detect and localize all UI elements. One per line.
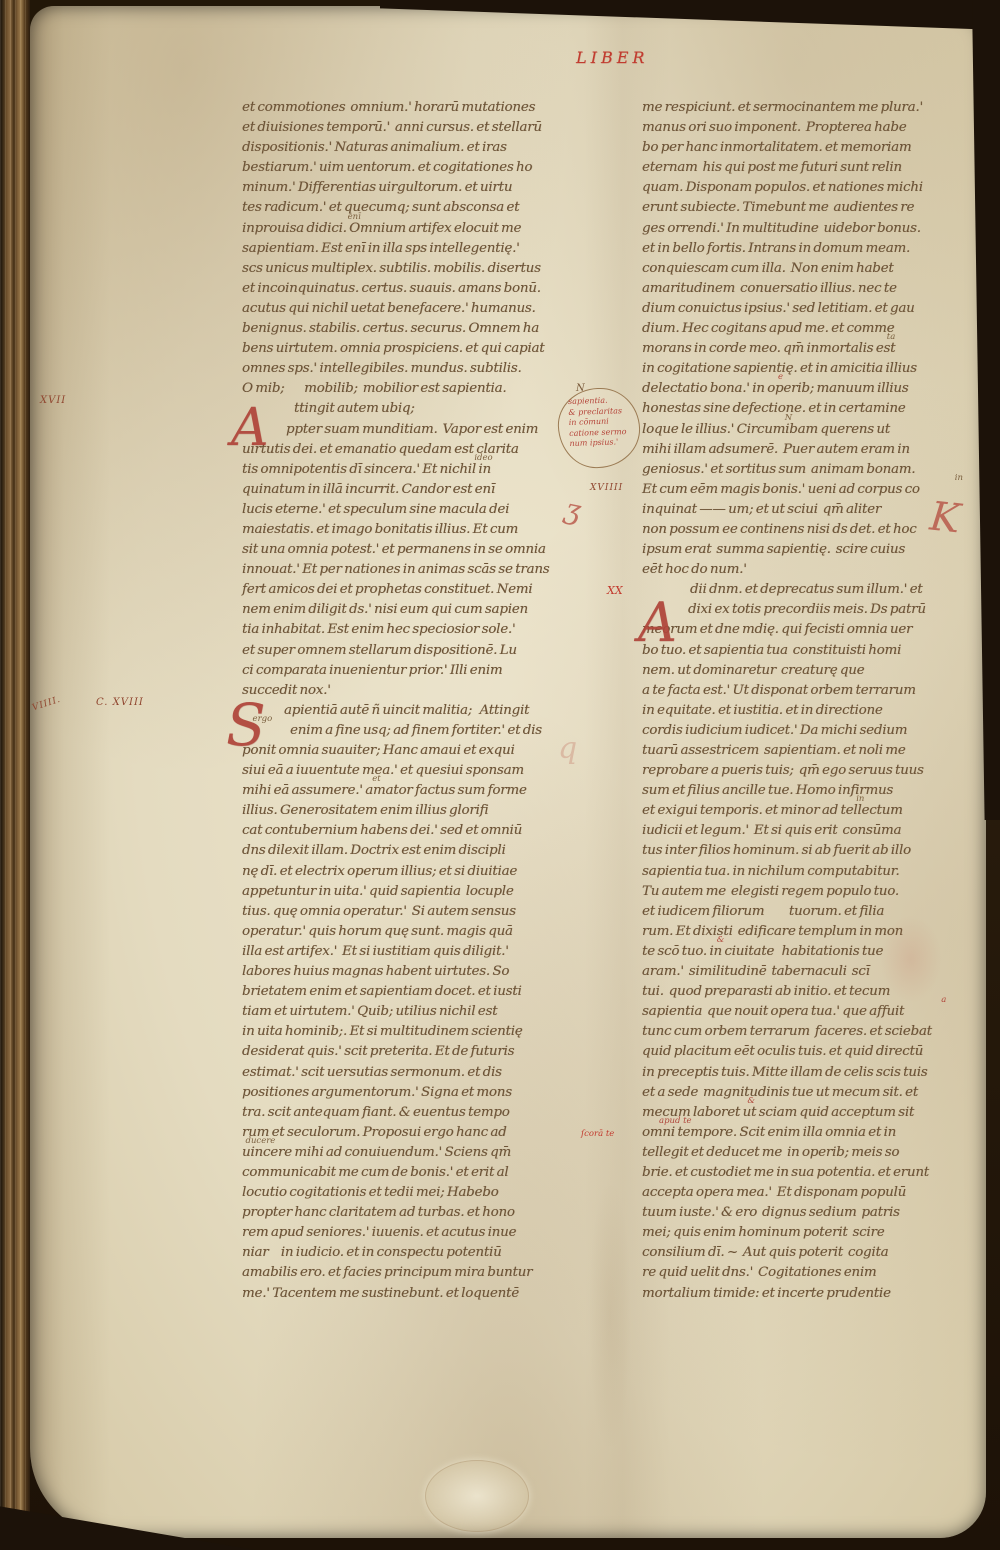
marginal-note: C. XVIII <box>96 698 144 708</box>
manuscript-line: rem apud seniores.' iuuenis. et acutus i… <box>242 1223 594 1243</box>
manuscript-line: mihi eā assumere.' amator factus sum for… <box>242 781 594 801</box>
manuscript-line: tuarū assestricem sapientiam. et noli me <box>642 741 982 761</box>
manuscript-line: conquiescam cum illa. Non enim habet <box>642 259 982 279</box>
manuscript-line-text: appetuntur in uita.' quid sapientia locu… <box>242 884 514 899</box>
manuscript-line: positiones argumentorum.' Signa et mons <box>242 1083 594 1103</box>
manuscript-line: bestiarum.' uim uentorum. et cogitatione… <box>242 158 594 178</box>
marginal-note: XVIIII <box>590 484 623 493</box>
manuscript-line-text: et diuisiones temporū.' anni cursus. et … <box>242 120 542 135</box>
manuscript-line-text: locutio cogitationis et tedii mei; Habeb… <box>242 1185 499 1200</box>
manuscript-line-text: dium conuictus ipsius.' sed letitiam. et… <box>642 301 915 316</box>
manuscript-line-text: et incoinquinatus. certus. suauis. amans… <box>242 281 541 296</box>
manuscript-line-text: in uita hominib;. Et si multitudinem sci… <box>242 1024 523 1039</box>
manuscript-line: tus inter filios hominum. si ab fuerit a… <box>642 841 982 861</box>
manuscript-line: Tu autem me elegisti regem populo tuo. <box>642 882 982 902</box>
manuscript-line-text: illa est artifex.' Et si iustitiam quis … <box>242 944 509 959</box>
text-column-right: me respiciunt. et sermocinantem me plura… <box>642 98 982 1304</box>
interlinear-gloss: ideo <box>474 454 492 462</box>
manuscript-line: communicabit me cum de bonis.' et erit a… <box>242 1163 594 1183</box>
manuscript-line: aram.' similitudinē tabernaculi scī <box>642 962 982 982</box>
marginal-note: XX <box>607 585 623 596</box>
manuscript-line: tunc cum orbem terrarum faceres. et scie… <box>642 1022 982 1042</box>
manuscript-line-text: quinatum in illā incurrit. Candor est en… <box>242 482 495 497</box>
manuscript-line: bens uirtutem. omnia prospiciens. et qui… <box>242 339 594 359</box>
interlinear-gloss: & <box>717 936 725 944</box>
manuscript-line-text: inquinat —— um; et ut sciui qm̄ aliter <box>642 502 881 517</box>
manuscript-line-text: bo per hanc inmortalitatem. et memoriam <box>642 140 911 155</box>
manuscript-line: loque le illius.' Circumibam querens utN <box>642 420 982 440</box>
manuscript-line: in preceptis tuis. Mitte illam de celis … <box>642 1063 982 1083</box>
manuscript-line-text: uincere mihi ad conuiuendum.' Sciens qm̄ <box>242 1145 511 1160</box>
manuscript-line: ci comparata inuenientur prior.' Illi en… <box>242 661 594 681</box>
manuscript-photo: { "page": { "header": "LIBER", "colors":… <box>0 0 1000 1550</box>
manuscript-line: tiam et uirtutem.' Quib; utilius nichil … <box>242 1002 594 1022</box>
manuscript-line-text: eternam his qui post me futuri sunt reli… <box>642 160 902 175</box>
manuscript-line-text: delectatio bona.' in operib; manuum illi… <box>642 381 908 396</box>
manuscript-line: lucis eterne.' et speculum sine macula d… <box>242 500 594 520</box>
manuscript-line: tellegit et deducet me in operib; meis s… <box>642 1143 982 1163</box>
manuscript-line: et iudicem filiorum tuorum. et filia <box>642 902 982 922</box>
manuscript-line: acutus qui nichil uetat benefacere.' hum… <box>242 299 594 319</box>
manuscript-line-text: bestiarum.' uim uentorum. et cogitatione… <box>242 160 532 175</box>
manuscript-line: Et cum eēm magis bonis.' ueni ad corpus … <box>642 480 982 500</box>
manuscript-line: erunt subiecte. Timebunt me audientes re <box>642 198 982 218</box>
marginal-note: q <box>558 734 577 764</box>
manuscript-line-text: in equitate. et iustitia. et in directio… <box>642 703 883 718</box>
manuscript-line-text: cat contubernium habens dei.' sed et omn… <box>242 823 522 838</box>
manuscript-line-text: positiones argumentorum.' Signa et mons <box>242 1085 512 1100</box>
manuscript-line-text: minum.' Differentias uirgultorum. et uir… <box>242 180 512 195</box>
manuscript-line-text: nem. ut dominaretur creaturę que <box>642 663 864 678</box>
manuscript-line-text: amabilis ero. et facies principum mira b… <box>242 1265 532 1280</box>
manuscript-line: tis omnipotentis dī sincera.' Et nichil … <box>242 460 594 480</box>
manuscript-line: benignus. stabilis. certus. securus. Omn… <box>242 319 594 339</box>
manuscript-line-text: O mib; mobilib; mobilior est sapientia. <box>242 381 506 396</box>
manuscript-line-text: iudicii et legum.' Et si quis erit consū… <box>642 823 901 838</box>
manuscript-line: meorum et dne mdię. qui fecisti omnia ue… <box>642 620 982 640</box>
manuscript-line-text: tuarū assestricem sapientiam. et noli me <box>642 743 906 758</box>
manuscript-line-text: dium. Hec cogitans apud me. et comme <box>642 321 894 336</box>
manuscript-line-text: sapientia que nouit opera tua.' que affu… <box>642 1004 904 1019</box>
manuscript-line-text: geniosus.' et sortitus sum animam bonam. <box>642 462 915 477</box>
manuscript-line: iudicii et legum.' Et si quis erit consū… <box>642 821 982 841</box>
manuscript-line-text: sapientiam. Est enī in illa sps intelleg… <box>242 241 520 256</box>
manuscript-line-text: conquiescam cum illa. Non enim habet <box>642 261 894 276</box>
manuscript-line: accepta opera mea.' Et disponam populū <box>642 1183 982 1203</box>
manuscript-line: eēt hoc do num.' <box>642 560 982 580</box>
manuscript-line-text: dispositionis.' Naturas animalium. et ir… <box>242 140 507 155</box>
manuscript-line-text: niar in iudicio. et in conspectu potenti… <box>242 1245 502 1260</box>
parchment-page: LIBER et commotiones omnium.' horarū mut… <box>30 6 986 1538</box>
manuscript-line: illius. Generositatem enim illius glorif… <box>242 801 594 821</box>
manuscript-line: enim a fine usq; ad finem fortiter.' et … <box>242 721 594 741</box>
manuscript-line-text: mihi eā assumere.' amator factus sum for… <box>242 783 527 798</box>
manuscript-line: scs unicus multiplex. subtilis. mobilis.… <box>242 259 594 279</box>
manuscript-line-text: apientiā autē ñ uincit malitia; Attingit <box>284 703 529 718</box>
manuscript-line: O mib; mobilib; mobilior est sapientia. <box>242 379 594 399</box>
manuscript-line: ttingit autem ubiq; <box>242 399 594 419</box>
manuscript-line: geniosus.' et sortitus sum animam bonam. <box>642 460 982 480</box>
manuscript-line: sapientiam. Est enī in illa sps intelleg… <box>242 239 594 259</box>
manuscript-line-text: tis omnipotentis dī sincera.' Et nichil … <box>242 462 491 477</box>
manuscript-line: locutio cogitationis et tedii mei; Habeb… <box>242 1183 594 1203</box>
manuscript-line: mecum laboret ut sciam quid acceptum sit… <box>642 1103 982 1123</box>
manuscript-line-text: et a sede magnitudinis tue ut mecum sit.… <box>642 1085 918 1100</box>
manuscript-line-text: tuum iuste.' & ero dignus sedium patris <box>642 1205 900 1220</box>
manuscript-line-text: desiderat quis.' scit preterita. Et de f… <box>242 1044 514 1059</box>
manuscript-line-text: bo tuo. et sapientia tua constituisti ho… <box>642 643 901 658</box>
manuscript-line: niar in iudicio. et in conspectu potenti… <box>242 1243 594 1263</box>
manuscript-line: sapientia tua. in nichilum computabitur. <box>642 862 982 882</box>
interlinear-gloss: in <box>955 474 963 482</box>
manuscript-line-text: propter hanc claritatem ad turbas. et ho… <box>242 1205 515 1220</box>
manuscript-line-text: manus ori suo imponent. Propterea habe <box>642 120 906 135</box>
manuscript-line-text: innouat.' Et per nationes in animas scās… <box>242 562 549 577</box>
manuscript-line: brietatem enim et sapientiam docet. et i… <box>242 982 594 1002</box>
manuscript-line-text: rum. Et dixisti edificare templum in mon <box>642 924 903 939</box>
manuscript-line: uirtutis dei. et emanatio quedam est cla… <box>242 440 594 460</box>
manuscript-line-text: benignus. stabilis. certus. securus. Omn… <box>242 321 539 336</box>
manuscript-line: sapientia que nouit opera tua.' que affu… <box>642 1002 982 1022</box>
interlinear-gloss: apud te <box>659 1117 692 1125</box>
manuscript-line: reprobare a pueris tuis; qm̄ ego seruus … <box>642 761 982 781</box>
manuscript-line-text: accepta opera mea.' Et disponam populū <box>642 1185 906 1200</box>
manuscript-line: in equitate. et iustitia. et in directio… <box>642 701 982 721</box>
manuscript-line-text: maiestatis. et imago bonitatis illius. E… <box>242 522 518 537</box>
manuscript-line: ipsum erat summa sapientię. scire cuius <box>642 540 982 560</box>
manuscript-line-text: sit una omnia potest.' et permanens in s… <box>242 542 546 557</box>
manuscript-line-text: fert amicos dei et prophetas constituet.… <box>242 582 532 597</box>
manuscript-line-text: omnes sps.' intellegibiles. mundus. subt… <box>242 361 522 376</box>
manuscript-line-text: me.' Tacentem me sustinebunt. et loquent… <box>242 1286 519 1301</box>
manuscript-line-text: brie. et custodiet me in sua potentia. e… <box>642 1165 929 1180</box>
manuscript-line: tius. quę omnia operatur.' Si autem sens… <box>242 902 594 922</box>
manuscript-line-text: estimat.' scit uersutias sermonum. et di… <box>242 1065 502 1080</box>
manuscript-line: honestas sine defectione. et in certamin… <box>642 399 982 419</box>
manuscript-line: et in bello fortis. Intrans in domum mea… <box>642 239 982 259</box>
parchment-stain <box>590 1186 630 1446</box>
manuscript-line: dixi ex totis precordiis meis. Ds patrū <box>642 600 982 620</box>
manuscript-line: tuum iuste.' & ero dignus sedium patris <box>642 1203 982 1223</box>
manuscript-line-text: aram.' similitudinē tabernaculi scī <box>642 964 870 979</box>
manuscript-line: mei; quis enim hominum poterit scire <box>642 1223 982 1243</box>
manuscript-line-text: illius. Generositatem enim illius glorif… <box>242 803 488 818</box>
manuscript-line-text: loque le illius.' Circumibam querens ut <box>642 422 890 437</box>
manuscript-line: estimat.' scit uersutias sermonum. et di… <box>242 1063 594 1083</box>
marginal-note: K <box>928 497 962 540</box>
manuscript-line: me respiciunt. et sermocinantem me plura… <box>642 98 982 118</box>
manuscript-line: in uita hominib;. Et si multitudinem sci… <box>242 1022 594 1042</box>
manuscript-line: et exigui temporis. et minor ad tellectu… <box>642 801 982 821</box>
manuscript-line-text: tius. quę omnia operatur.' Si autem sens… <box>242 904 516 919</box>
manuscript-line: maiestatis. et imago bonitatis illius. E… <box>242 520 594 540</box>
book-binding-edge <box>0 0 30 1550</box>
manuscript-line: a te facta est.' Ut disponat orbem terra… <box>642 681 982 701</box>
marginal-note: VIIII. <box>31 696 62 714</box>
manuscript-line: propter hanc claritatem ad turbas. et ho… <box>242 1203 594 1223</box>
manuscript-line: rum et seculorum. Proposui ergo hanc ad <box>242 1123 594 1143</box>
manuscript-line: et incoinquinatus. certus. suauis. amans… <box>242 279 594 299</box>
manuscript-line-text: ges orrendi.' In multitudine uidebor bon… <box>642 221 921 236</box>
manuscript-line-text: mihi illam adsumerē. Puer autem eram in <box>642 442 910 457</box>
manuscript-line-text: acutus qui nichil uetat benefacere.' hum… <box>242 301 536 316</box>
manuscript-line: amaritudinem conuersatio illius. nec te <box>642 279 982 299</box>
running-title: LIBER <box>576 50 648 66</box>
manuscript-line-text: quam. Disponam populos. et nationes mich… <box>642 180 923 195</box>
manuscript-line-text: tia inhabitat. Est enim hec speciosior s… <box>242 622 515 637</box>
manuscript-line-text: et in bello fortis. Intrans in domum mea… <box>642 241 910 256</box>
manuscript-line-text: inprouisa didici. Omnium artifex elocuit… <box>242 221 521 236</box>
manuscript-line: nem. ut dominaretur creaturę que <box>642 661 982 681</box>
manuscript-line: dii dnm. et deprecatus sum illum.' et <box>642 580 982 600</box>
manuscript-line: quam. Disponam populos. et nationes mich… <box>642 178 982 198</box>
manuscript-line-text: morans in corde meo. qm̄ inmortalis est <box>642 341 895 356</box>
manuscript-line-text: tes radicum.' et quecumq; sunt absconsa … <box>242 200 519 215</box>
interlinear-gloss: & <box>747 1097 755 1105</box>
manuscript-line-text: dii dnm. et deprecatus sum illum.' et <box>690 582 923 597</box>
manuscript-line-text: nem enim diligit ds.' nisi eum qui cum s… <box>242 602 528 617</box>
manuscript-line-text: bens uirtutem. omnia prospiciens. et qui… <box>242 341 544 356</box>
manuscript-line-text: honestas sine defectione. et in certamin… <box>642 401 905 416</box>
manuscript-line: consilium dī. ~ Aut quis poterit cogita <box>642 1243 982 1263</box>
manuscript-line-text: operatur.' quis horum quę sunt. magis qu… <box>242 924 513 939</box>
manuscript-line-text: scs unicus multiplex. subtilis. mobilis.… <box>242 261 541 276</box>
manuscript-line: ppter suam munditiam. Vapor est enim <box>242 420 594 440</box>
manuscript-line: re quid uelit dns.' Cogitationes enim <box>642 1263 982 1283</box>
interlinear-gloss: e <box>778 373 783 381</box>
manuscript-line: morans in corde meo. qm̄ inmortalis estt… <box>642 339 982 359</box>
manuscript-line: et commotiones omnium.' horarū mutatione… <box>242 98 594 118</box>
manuscript-line: appetuntur in uita.' quid sapientia locu… <box>242 882 594 902</box>
interlinear-gloss: et <box>372 775 380 783</box>
manuscript-line-text: rem apud seniores.' iuuenis. et acutus i… <box>242 1225 516 1240</box>
manuscript-line-text: consilium dī. ~ Aut quis poterit cogita <box>642 1245 888 1260</box>
manuscript-line-text: dns dilexit illam. Doctrix est enim disc… <box>242 843 506 858</box>
manuscript-line: succedit nox.' <box>242 681 594 701</box>
interlinear-gloss: a <box>941 996 946 1004</box>
manuscript-line-text: a te facta est.' Ut disponat orbem terra… <box>642 683 916 698</box>
manuscript-line-text: dixi ex totis precordiis meis. Ds patrū <box>688 602 926 617</box>
manuscript-line-text: amaritudinem conuersatio illius. nec te <box>642 281 897 296</box>
interlinear-gloss: enī <box>348 213 361 221</box>
manuscript-line: bo tuo. et sapientia tua constituisti ho… <box>642 641 982 661</box>
manuscript-line-text: ttingit autem ubiq; <box>294 401 415 416</box>
manuscript-line-text: eēt hoc do num.' <box>642 562 747 577</box>
manuscript-line: manus ori suo imponent. Propterea habe <box>642 118 982 138</box>
manuscript-line-text: Et cum eēm magis bonis.' ueni ad corpus … <box>642 482 920 497</box>
manuscript-line-text: reprobare a pueris tuis; qm̄ ego seruus … <box>642 763 924 778</box>
manuscript-line: siui eā a iuuentute mea.' et quesiui spo… <box>242 761 594 781</box>
manuscript-line-text: ci comparata inuenientur prior.' Illi en… <box>242 663 502 678</box>
interlinear-gloss: in <box>856 795 864 803</box>
text-column-left: et commotiones omnium.' horarū mutatione… <box>242 98 594 1304</box>
manuscript-line-text: nę dī. et electrix operum illius; et si … <box>242 864 517 879</box>
manuscript-line: quinatum in illā incurrit. Candor est en… <box>242 480 594 500</box>
manuscript-line-text: me respiciunt. et sermocinantem me plura… <box>642 100 923 115</box>
manuscript-line-text: quid placitum eēt oculis tuis. et quid d… <box>642 1044 923 1059</box>
manuscript-line: et a sede magnitudinis tue ut mecum sit.… <box>642 1083 982 1103</box>
manuscript-line-text: communicabit me cum de bonis.' et erit a… <box>242 1165 508 1180</box>
manuscript-line: labores huius magnas habent uirtutes. So <box>242 962 594 982</box>
manuscript-line: dispositionis.' Naturas animalium. et ir… <box>242 138 594 158</box>
manuscript-line: fert amicos dei et prophetas constituet.… <box>242 580 594 600</box>
manuscript-line: tra. scit antequam fiant. & euentus temp… <box>242 1103 594 1123</box>
manuscript-line: et super omnem stellarum dispositionē. L… <box>242 641 594 661</box>
manuscript-line: rum. Et dixisti edificare templum in mon <box>642 922 982 942</box>
gloss-line: num ipsius.' <box>569 437 635 450</box>
manuscript-line-text: omni tempore. Scit enim illa omnia et in <box>642 1125 896 1140</box>
manuscript-line-text: rum et seculorum. Proposui ergo hanc ad <box>242 1125 507 1140</box>
manuscript-line: illa est artifex.' Et si iustitiam quis … <box>242 942 594 962</box>
manuscript-line: omnes sps.' intellegibiles. mundus. subt… <box>242 359 594 379</box>
manuscript-line: tia inhabitat. Est enim hec speciosior s… <box>242 620 594 640</box>
manuscript-line-text: meorum et dne mdię. qui fecisti omnia ue… <box>642 622 912 637</box>
parchment-stain <box>425 1460 529 1532</box>
manuscript-line-text: mei; quis enim hominum poterit scire <box>642 1225 884 1240</box>
manuscript-line: mortalium timide: et incerte prudentie <box>642 1284 982 1304</box>
manuscript-line-text: non possum ee continens nisi ds det. et … <box>642 522 917 537</box>
manuscript-line-text: siui eā a iuuentute mea.' et quesiui spo… <box>242 763 524 778</box>
manuscript-line-text: et super omnem stellarum dispositionē. L… <box>242 643 517 658</box>
manuscript-line-text: tus inter filios hominum. si ab fuerit a… <box>642 843 911 858</box>
manuscript-line: omni tempore. Scit enim illa omnia et in… <box>642 1123 982 1143</box>
manuscript-line-text: brietatem enim et sapientiam docet. et i… <box>242 984 522 999</box>
interlinear-gloss: N <box>785 414 792 422</box>
manuscript-line-text: ppter suam munditiam. Vapor est enim <box>286 422 538 437</box>
manuscript-line-text: ponit omnia suauiter; Hanc amaui et exqu… <box>242 743 515 758</box>
manuscript-line-text: re quid uelit dns.' Cogitationes enim <box>642 1265 876 1280</box>
manuscript-line: tes radicum.' et quecumq; sunt absconsa … <box>242 198 594 218</box>
manuscript-line-text: tunc cum orbem terrarum faceres. et scie… <box>642 1024 932 1039</box>
manuscript-line: cordis iudicium iudicet.' Da michi sediu… <box>642 721 982 741</box>
manuscript-line-text: sapientia tua. in nichilum computabitur. <box>642 864 899 879</box>
manuscript-line: in cogitatione sapientię. et in amicitia… <box>642 359 982 379</box>
rubricated-initial: S <box>226 696 266 754</box>
manuscript-line-text: tui. quod preparasti ab initio. et tecum <box>642 984 890 999</box>
rubricated-initial: A <box>231 402 269 454</box>
manuscript-line: et diuisiones temporū.' anni cursus. et … <box>242 118 594 138</box>
manuscript-line-text: enim a fine usq; ad finem fortiter.' et … <box>290 723 542 738</box>
manuscript-line: dium conuictus ipsius.' sed letitiam. et… <box>642 299 982 319</box>
manuscript-line-text: mortalium timide: et incerte prudentie <box>642 1286 891 1301</box>
marginal-note: N <box>576 384 585 394</box>
manuscript-line-text: in preceptis tuis. Mitte illam de celis … <box>642 1065 927 1080</box>
manuscript-line: operatur.' quis horum quę sunt. magis qu… <box>242 922 594 942</box>
manuscript-line: ponit omnia suauiter; Hanc amaui et exqu… <box>242 741 594 761</box>
manuscript-line-text: tiam et uirtutem.' Quib; utilius nichil … <box>242 1004 497 1019</box>
manuscript-line-text: et commotiones omnium.' horarū mutatione… <box>242 100 535 115</box>
manuscript-line: desiderat quis.' scit preterita. Et de f… <box>242 1042 594 1062</box>
manuscript-line-text: labores huius magnas habent uirtutes. So <box>242 964 509 979</box>
manuscript-line: inprouisa didici. Omnium artifex elocuit… <box>242 219 594 239</box>
manuscript-line: cat contubernium habens dei.' sed et omn… <box>242 821 594 841</box>
manuscript-line-text: ipsum erat summa sapientię. scire cuius <box>642 542 905 557</box>
interlinear-gloss: ducere <box>246 1137 276 1145</box>
manuscript-line: uincere mihi ad conuiuendum.' Sciens qm̄… <box>242 1143 594 1163</box>
manuscript-line: brie. et custodiet me in sua potentia. e… <box>642 1163 982 1183</box>
manuscript-line-text: et exigui temporis. et minor ad tellectu… <box>642 803 903 818</box>
manuscript-line-text: lucis eterne.' et speculum sine macula d… <box>242 502 509 517</box>
marginal-note: ſcorā te <box>581 1130 614 1139</box>
manuscript-line: eternam his qui post me futuri sunt reli… <box>642 158 982 178</box>
manuscript-line: me.' Tacentem me sustinebunt. et loquent… <box>242 1284 594 1304</box>
manuscript-line-text: tellegit et deducet me in operib; meis s… <box>642 1145 899 1160</box>
manuscript-line: delectatio bona.' in operib; manuum illi… <box>642 379 982 399</box>
manuscript-line-text: te scō tuo. in ciuitate habitationis tue <box>642 944 883 959</box>
manuscript-line-text: tra. scit antequam fiant. & euentus temp… <box>242 1105 510 1120</box>
manuscript-line: bo per hanc inmortalitatem. et memoriam <box>642 138 982 158</box>
manuscript-line: minum.' Differentias uirgultorum. et uir… <box>242 178 594 198</box>
marginal-note: XVII <box>40 396 66 406</box>
manuscript-line: mihi illam adsumerē. Puer autem eram in <box>642 440 982 460</box>
manuscript-line: nem enim diligit ds.' nisi eum qui cum s… <box>242 600 594 620</box>
manuscript-line-text: erunt subiecte. Timebunt me audientes re <box>642 200 914 215</box>
manuscript-line-text: Tu autem me elegisti regem populo tuo. <box>642 884 899 899</box>
manuscript-line-text: et iudicem filiorum tuorum. et filia <box>642 904 884 919</box>
rubricated-initial: A <box>638 596 677 650</box>
manuscript-line: innouat.' Et per nationes in animas scās… <box>242 560 594 580</box>
manuscript-line: quid placitum eēt oculis tuis. et quid d… <box>642 1042 982 1062</box>
manuscript-line: nę dī. et electrix operum illius; et si … <box>242 862 594 882</box>
manuscript-line: apientiā autē ñ uincit malitia; Attingit <box>242 701 594 721</box>
manuscript-line: dns dilexit illam. Doctrix est enim disc… <box>242 841 594 861</box>
manuscript-line: sum et filius ancille tue. Homo infirmus <box>642 781 982 801</box>
manuscript-line: sit una omnia potest.' et permanens in s… <box>242 540 594 560</box>
manuscript-line: amabilis ero. et facies principum mira b… <box>242 1263 594 1283</box>
manuscript-line: dium. Hec cogitans apud me. et comme <box>642 319 982 339</box>
manuscript-line: tui. quod preparasti ab initio. et tecum <box>642 982 982 1002</box>
interlinear-gloss: ta <box>887 333 895 341</box>
manuscript-line: te scō tuo. in ciuitate habitationis tue… <box>642 942 982 962</box>
manuscript-line: ges orrendi.' In multitudine uidebor bon… <box>642 219 982 239</box>
manuscript-line-text: cordis iudicium iudicet.' Da michi sediu… <box>642 723 907 738</box>
